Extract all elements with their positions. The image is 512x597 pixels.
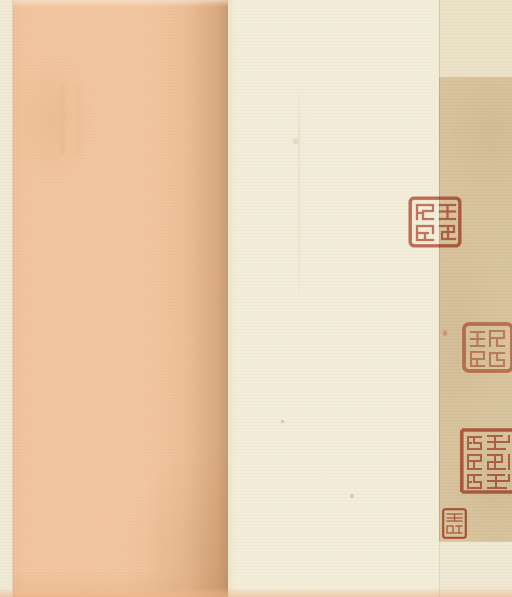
- cream-silk-band: [228, 0, 439, 597]
- crease-line: [298, 82, 300, 312]
- artwork-photo: [0, 0, 512, 597]
- stain-speck: [350, 494, 354, 498]
- bottom-edge-tint: [0, 588, 512, 597]
- silk-streak-stain: [45, 85, 95, 155]
- seal-stamp-icon: [458, 428, 512, 494]
- left-mount-edge-strip: [0, 0, 13, 597]
- red-ink-fleck: [443, 330, 447, 336]
- seal-stamp-icon: [408, 196, 462, 248]
- stain-speck: [281, 420, 284, 423]
- seal-stamp-icon: [462, 322, 512, 373]
- collector-seal-large: [458, 428, 512, 494]
- stain-speck: [293, 139, 298, 144]
- seal-stamp-icon: [442, 508, 467, 539]
- collector-seal-upper: [408, 196, 462, 248]
- upper-right-margin: [439, 0, 512, 78]
- collector-seal-middle: [462, 322, 512, 373]
- collector-seal-small: [442, 508, 467, 539]
